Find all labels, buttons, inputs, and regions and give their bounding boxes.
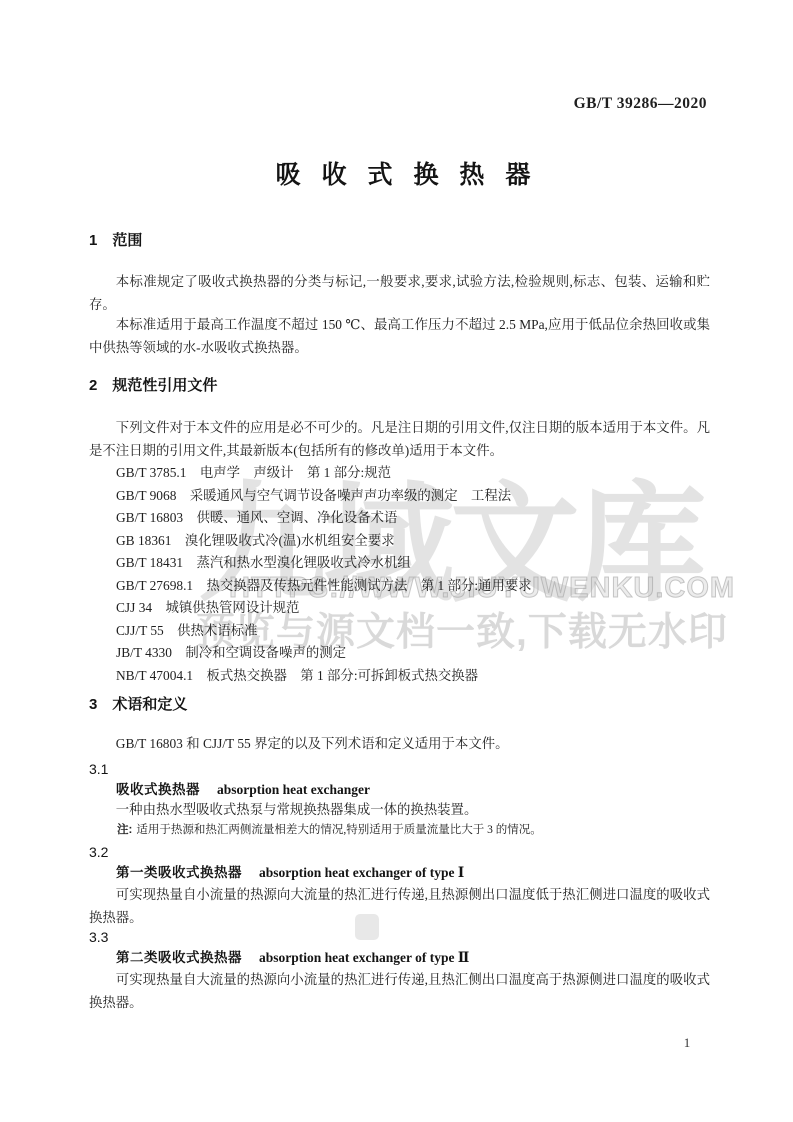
clause-number-3-2: 3.2 [89,844,710,861]
term-3-2-zh: 第一类吸收式换热器 [116,865,242,880]
reference-item: NB/T 47004.1 板式热交换器 第 1 部分:可拆卸板式热交换器 [116,665,737,688]
clause-number-3-3: 3.3 [89,929,710,946]
scope-paragraph-1: 本标准规定了吸收式换热器的分类与标记,一般要求,要求,试验方法,检验规则,标志、… [89,271,710,316]
reference-item: GB/T 3785.1 电声学 声级计 第 1 部分:规范 [116,462,737,485]
term-3-1-definition: 一种由热水型吸收式热泵与常规换热器集成一体的换热装置。 [89,799,710,822]
reference-item: GB/T 16803 供暖、通风、空调、净化设备术语 [116,507,737,530]
document-page: 九域文库 HTTPS://WWW.JIUYUWENKU.COM 预览与源文档一致… [0,0,793,1122]
page-number: 1 [672,1035,702,1051]
terms-intro: GB/T 16803 和 CJJ/T 55 界定的以及下列术语和定义适用于本文件… [89,733,710,756]
note-text: 适用于热源和热汇两侧流量相差大的情况,特别适用于质量流量比大于 3 的情况。 [136,824,541,836]
term-3-1-note: 注:适用于热源和热汇两侧流量相差大的情况,特别适用于质量流量比大于 3 的情况。 [89,823,738,838]
reference-item: GB 18361 溴化锂吸收式冷(温)水机组安全要求 [116,530,737,553]
reference-item: JB/T 4330 制冷和空调设备噪声的测定 [116,642,737,665]
section-heading-references: 2 规范性引用文件 [89,377,710,394]
term-3-1: 吸收式换热器absorption heat exchanger [89,781,737,798]
term-3-1-zh: 吸收式换热器 [116,782,200,797]
note-label: 注: [117,824,132,836]
reference-item: GB/T 27698.1 热交换器及传热元件性能测试方法 第 1 部分:通用要求 [116,575,737,598]
term-3-3-definition: 可实现热量自大流量的热源向小流量的热汇进行传递,且热汇侧出口温度高于热源侧进口温… [89,969,710,1014]
references-list: GB/T 3785.1 电声学 声级计 第 1 部分:规范 GB/T 9068 … [89,462,737,687]
section-heading-terms: 3 术语和定义 [89,696,710,713]
clause-number-3-1: 3.1 [89,761,710,778]
section-heading-scope: 1 范围 [89,232,710,249]
scope-paragraph-2: 本标准适用于最高工作温度不超过 150 ℃、最高工作压力不超过 2.5 MPa,… [89,314,710,359]
term-3-3-en: absorption heat exchanger of type Ⅱ [259,950,469,965]
term-3-2: 第一类吸收式换热器absorption heat exchanger of ty… [89,864,737,881]
standard-number: GB/T 39286—2020 [574,96,707,112]
term-3-2-en: absorption heat exchanger of type Ⅰ [259,865,464,880]
reference-item: GB/T 9068 采暖通风与空气调节设备噪声声功率级的测定 工程法 [116,485,737,508]
term-3-3-zh: 第二类吸收式换热器 [116,950,242,965]
page-title: 吸 收 式 换 热 器 [89,160,724,190]
term-3-3: 第二类吸收式换热器absorption heat exchanger of ty… [89,949,737,966]
term-3-2-definition: 可实现热量自小流量的热源向大流量的热汇进行传递,且热源侧出口温度低于热汇侧进口温… [89,884,710,929]
references-intro: 下列文件对于本文件的应用是必不可少的。凡是注日期的引用文件,仅注日期的版本适用于… [89,417,710,462]
reference-item: CJJ/T 55 供热术语标准 [116,620,737,643]
reference-item: GB/T 18431 蒸汽和热水型溴化锂吸收式冷水机组 [116,552,737,575]
term-3-1-en: absorption heat exchanger [217,782,370,797]
reference-item: CJJ 34 城镇供热管网设计规范 [116,597,737,620]
